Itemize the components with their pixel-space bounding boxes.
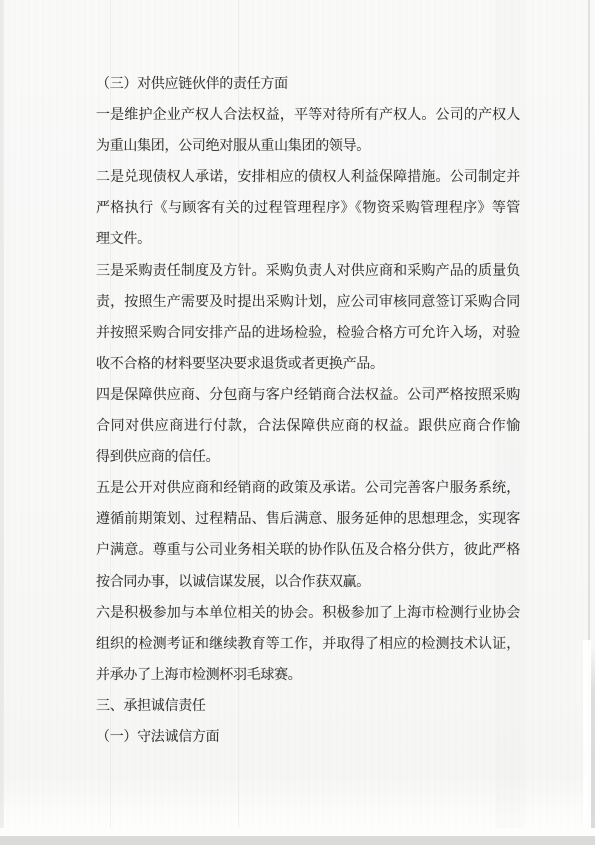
text-line: （一）守法诚信方面 [96, 722, 520, 753]
text-line: 并承办了上海市检测杯羽毛球赛。 [96, 660, 520, 691]
text-line: 责，按照生产需要及时提出采购计划，应公司审核同意签订采购合同 [96, 287, 520, 318]
scan-streak-left-edge [0, 0, 4, 845]
scan-paper-edge-highlight [583, 640, 591, 836]
text-line: 遵循前期策划、过程精品、售后满意、服务延伸的思想理念，实现客 [96, 504, 520, 535]
text-line: 六是积极参加与本单位相关的协会。积极参加了上海市检测行业协会 [96, 598, 520, 629]
text-line: 二是兑现债权人承诺，安排相应的债权人利益保障措施。公司制定并 [96, 162, 520, 193]
text-line: 收不合格的材料要坚决要求退货或者更换产品。 [96, 349, 520, 380]
text-line: 组织的检测考证和继续教育等工作，并取得了相应的检测技术认证， [96, 629, 520, 660]
text-line: 按合同办事，以诚信谋发展，以合作获双赢。 [96, 567, 520, 598]
document-text: （三）对供应链伙伴的责任方面一是维护企业产权人合法权益，平等对待所有产权人。公司… [96, 69, 520, 753]
text-line: 三、承担诚信责任 [96, 691, 520, 722]
text-line: 五是公开对供应商和经销商的政策及承诺。公司完善客户服务系统， [96, 473, 520, 504]
text-line: 户满意。尊重与公司业务相关联的协作队伍及合格分供方，彼此严格 [96, 535, 520, 566]
text-line: 一是维护企业产权人合法权益，平等对待所有产权人。公司的产权人 [96, 100, 520, 131]
text-line: （三）对供应链伙伴的责任方面 [96, 69, 520, 100]
scan-paper-edge-shadow [591, 645, 595, 836]
text-line: 为重山集团，公司绝对服从重山集团的领导。 [96, 131, 520, 162]
scan-background-bottom-bar [0, 836, 595, 845]
text-line: 三是采购责任制度及方针。采购负责人对供应商和采购产品的质量负 [96, 256, 520, 287]
text-line: 并按照采购合同安排产品的进场检验，检验合格方可允许入场，对验 [96, 318, 520, 349]
scan-paper-bottom-edge [0, 828, 595, 836]
text-line: 严格执行《与顾客有关的过程管理程序》《物资采购管理程序》等管 [96, 193, 520, 224]
text-line: 理文件。 [96, 224, 520, 255]
document-page: （三）对供应链伙伴的责任方面一是维护企业产权人合法权益，平等对待所有产权人。公司… [0, 0, 595, 845]
text-line: 合同对供应商进行付款，合法保障供应商的权益。跟供应商合作愉快， [96, 411, 520, 442]
text-line: 得到供应商的信任。 [96, 442, 520, 473]
text-line: 四是保障供应商、分包商与客户经销商合法权益。公司严格按照采购 [96, 380, 520, 411]
